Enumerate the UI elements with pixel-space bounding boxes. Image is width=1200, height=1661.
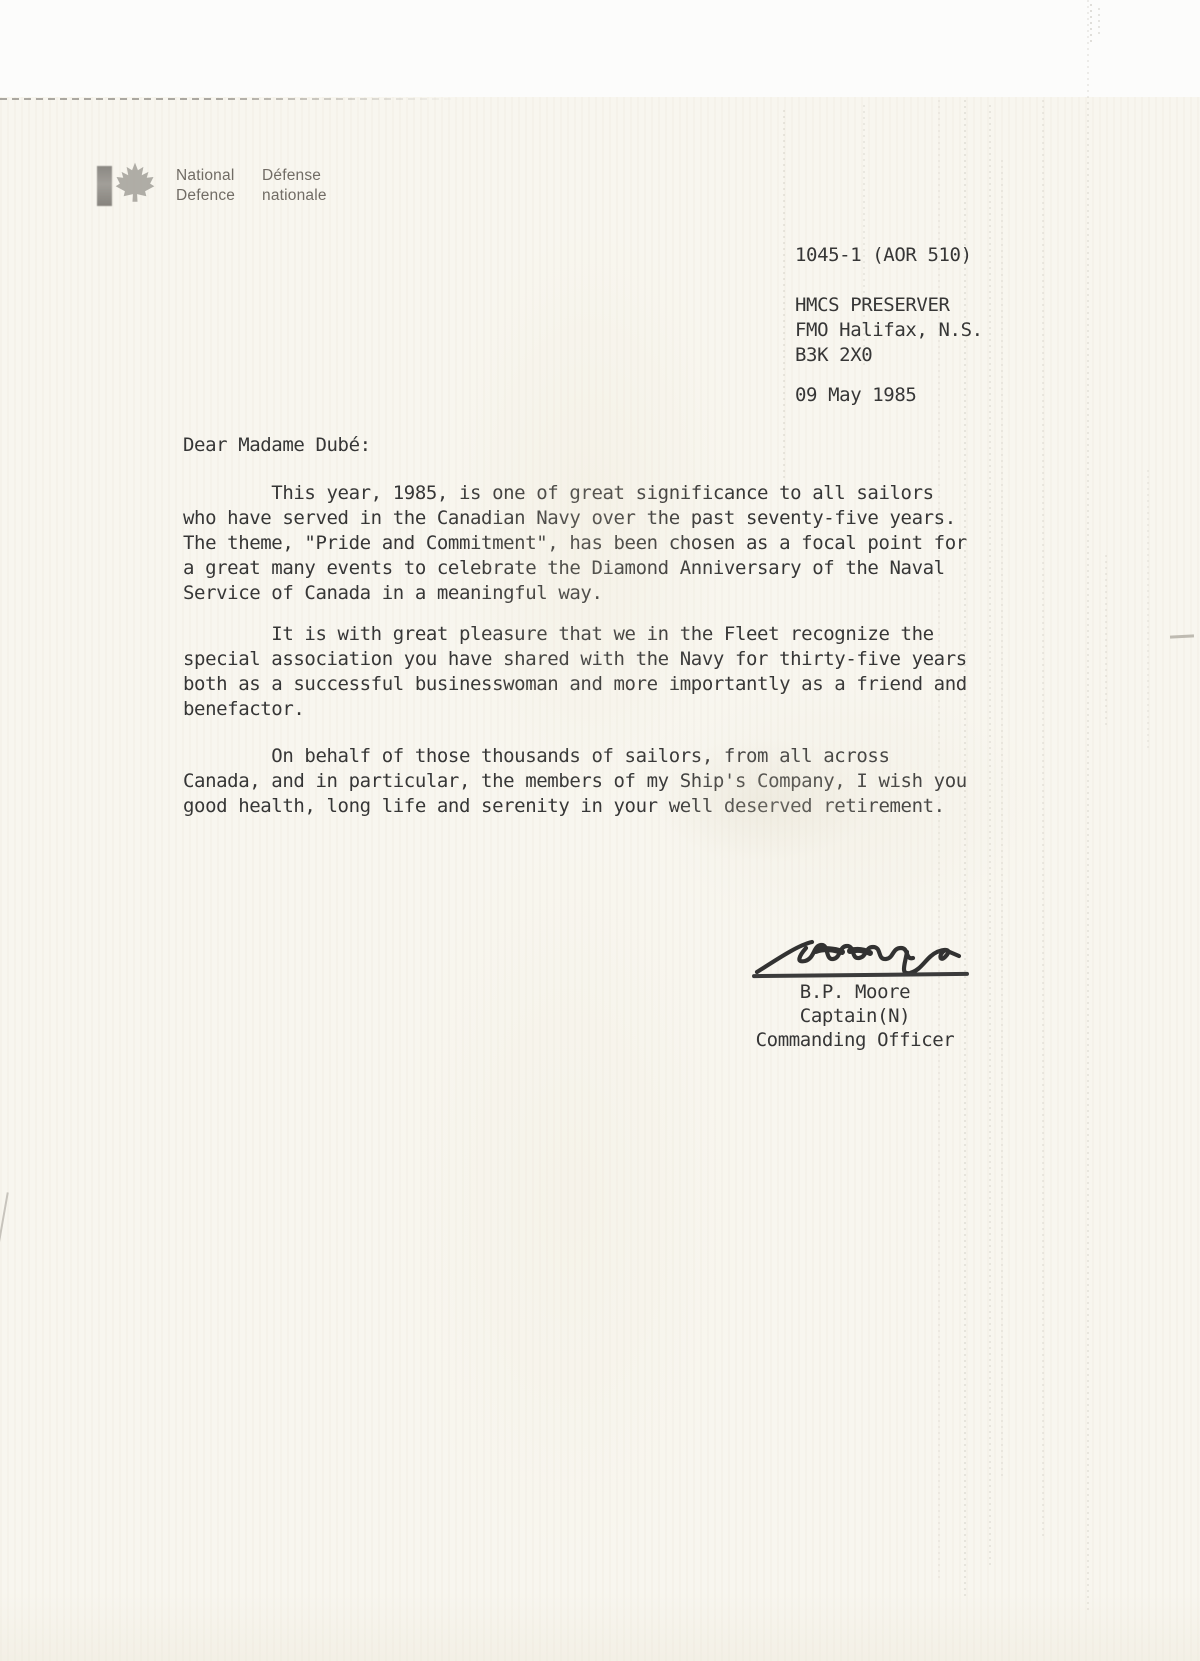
body-paragraph-2: It is with great pleasure that we in the… [183,622,967,722]
signature-rank: Captain(N) [730,1005,980,1027]
scan-scratch-artifact [0,1192,9,1247]
file-reference: 1045-1 (AOR 510) [795,243,972,268]
scan-streak [1001,160,1003,1480]
scan-streak [1042,100,1044,1540]
signature-rule [752,972,969,978]
paper-blotches [0,0,1200,1661]
salutation: Dear Madame Dubé: [183,433,371,458]
canada-flag-icon [97,166,112,206]
scan-streak [1147,470,1149,750]
letter-date: 09 May 1985 [795,383,916,408]
wordmark-english: National Defence [176,166,235,206]
sender-address: HMCS PRESERVER FMO Halifax, N.S. B3K 2X0 [795,293,983,368]
signature-scrawl [754,927,968,977]
signature-name: B.P. Moore [730,981,980,1003]
paper-texture [0,0,1200,1661]
scan-streak [1087,0,1089,1610]
wordmark-french: Défense nationale [262,166,327,206]
scan-streak [783,110,785,480]
body-paragraph-1: This year, 1985, is one of great signifi… [183,481,967,606]
body-paragraph-3: On behalf of those thousands of sailors,… [183,744,967,819]
letter-page: National Defence Défense nationale 1045-… [0,0,1200,1661]
maple-leaf-icon [114,159,156,205]
signature-title: Commanding Officer [730,1029,980,1051]
scan-streak [1105,555,1107,725]
scan-streak [989,105,991,1565]
page-edge-line [0,98,480,100]
scan-edge-strip [0,0,1200,97]
scan-dash-artifact [1170,634,1194,638]
